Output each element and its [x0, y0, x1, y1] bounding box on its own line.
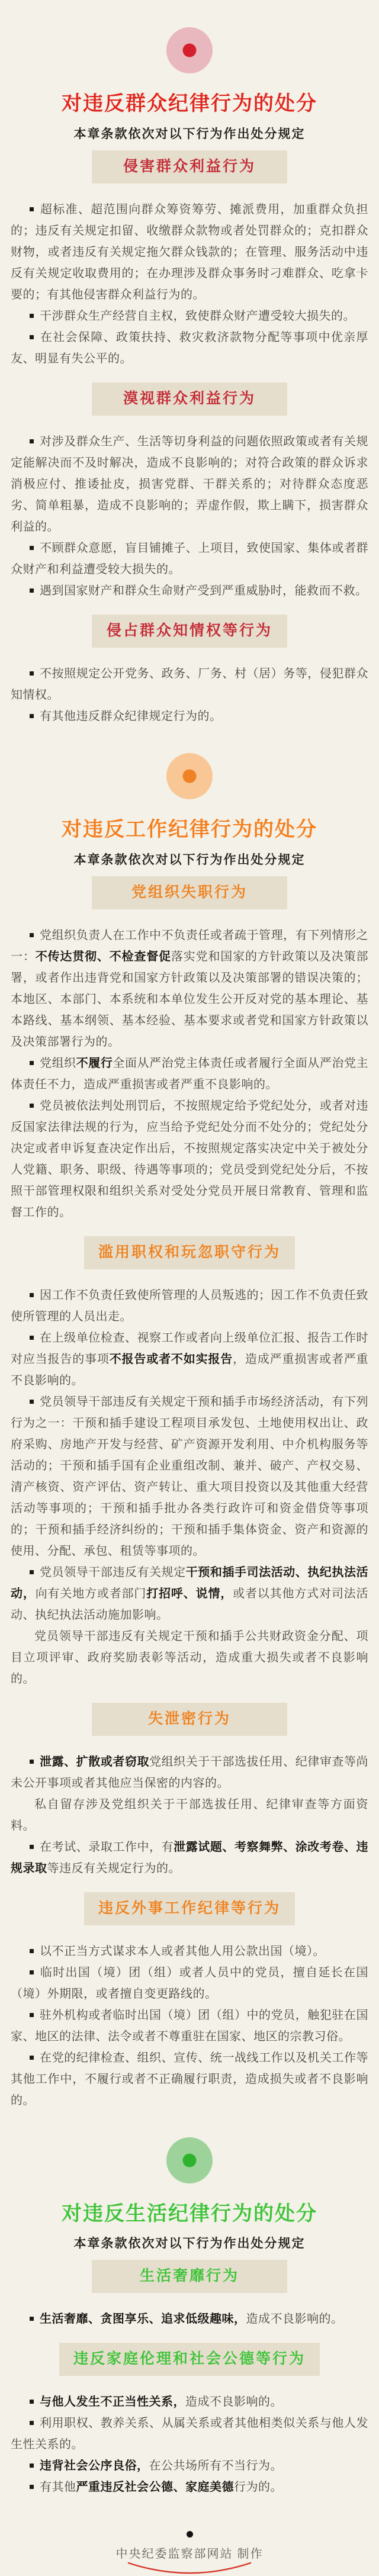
bullet-square-icon [30, 1570, 34, 1574]
infographic: 对违反群众纪律行为的处分本章条款依次对以下行为作出处分规定侵害群众利益行为超标准… [0, 0, 379, 2516]
behavior-item: 在社会保障、政策扶持、救灾救济款物分配等事项中优亲厚友、明显有失公平的。 [11, 327, 368, 369]
behavior-item: 私自留存涉及党组织关于干部选拔任用、纪律审查等方面资料。 [11, 1794, 368, 1837]
item-text-emphasis: 严重违反社会公德、家庭美德 [76, 2481, 235, 2494]
behavior-item: 有其他违反群众纪律规定行为的。 [11, 706, 368, 727]
item-text: 利用职权、教养关系、从属关系或者其他相类似关系与他人发生性关系的。 [11, 2417, 368, 2451]
item-text: 干涉群众生产经营自主权，致使群众财产遭受较大损失的。 [40, 310, 355, 323]
behavior-item: 党员领导干部违反有关规定干预和插手司法活动、执纪执法活动，向有关地方或者部门打招… [11, 1562, 368, 1626]
item-text: 私自留存涉及党组织关于干部选拔任用、纪律审查等方面资料。 [11, 1798, 368, 1832]
bullet-square-icon [30, 207, 34, 211]
item-text: 超标准、超范围向群众筹资筹劳、摊派费用，加重群众负担的；违反有关规定扣留、收缴群… [11, 203, 368, 301]
behavior-item: 对涉及群众生产、生活等切身利益的问题依照政策或者有关规定能解决而不及时解决，造成… [11, 431, 368, 538]
item-text: 不按照规定公开党务、政务、厂务、村（居）务等，侵犯群众知情权。 [11, 667, 368, 702]
behavior-item: 有其他严重违反社会公德、家庭美德行为的。 [11, 2477, 368, 2498]
behavior-item: 不顾群众意愿，盲目铺摊子、上项目，致使国家、集体或者群众财产和利益遭受较大损失的… [11, 538, 368, 580]
group-heading-wrap: 侵害群众利益行为 [11, 143, 368, 184]
item-text: 对涉及群众生产、生活等切身利益的问题依照政策或者有关规定能解决而不及时解决，造成… [11, 435, 368, 533]
item-text: 在公共场所有不当行为。 [149, 2459, 283, 2472]
group-heading-wrap: 生活奢靡行为 [11, 2252, 368, 2293]
group-body: 生活奢靡、贪图享乐、追求低级趣味，造成不良影响的。 [11, 2308, 368, 2330]
group-heading-wrap: 党组织失职行为 [11, 869, 368, 909]
chapter-qunzhong: 对违反群众纪律行为的处分本章条款依次对以下行为作出处分规定侵害群众利益行为超标准… [11, 0, 368, 727]
group-heading-wrap: 违反外事工作纪律等行为 [11, 1879, 368, 1925]
chapter-bullseye-icon [166, 2137, 213, 2183]
bullet-square-icon [30, 2485, 34, 2489]
bullet-square-icon [30, 1845, 34, 1849]
item-text: 有其他 [40, 2481, 76, 2494]
chapter-head-shenghuo: 对违反生活纪律行为的处分本章条款依次对以下行为作出处分规定生活奢靡行为 [11, 2137, 368, 2294]
item-text: 党组织 [40, 1057, 76, 1070]
item-text: 在考试、录取工作中，有 [40, 1841, 174, 1854]
bullet-square-icon [30, 2013, 34, 2017]
item-text-emphasis: 不报告或者不如实报告 [110, 1353, 233, 1366]
group-body: 对涉及群众生产、生活等切身利益的问题依照政策或者有关规定能解决而不及时解决，造成… [11, 431, 368, 602]
group-body: 以不正当方式谋求本人或者其他人用公款出国（境）。临时出国（境）团（组）或者人员中… [11, 1941, 368, 2111]
chapter-bullseye-dot-icon [183, 769, 197, 783]
bullet-square-icon [30, 1336, 34, 1340]
item-text: 向有关地方或者部门 [36, 1587, 147, 1600]
bullet-square-icon [30, 2056, 34, 2060]
footer: 中央纪委监察部网站 制作 [0, 2531, 379, 2576]
chapter-head-gongzuo: 对违反工作纪律行为的处分本章条款依次对以下行为作出处分规定党组织失职行为 [11, 753, 368, 909]
behavior-item: 党组织不履行全面从严治党主体责任或者履行全面从严治党主体责任不力，造成严重损害或… [11, 1053, 368, 1095]
behavior-item: 在考试、录取工作中，有泄露试题、考察舞弊、涂改考卷、违规录取等违反有关规定行为的… [11, 1837, 368, 1879]
chapter-head-qunzhong: 对违反群众纪律行为的处分本章条款依次对以下行为作出处分规定侵害群众利益行为 [11, 27, 368, 184]
behavior-item: 临时出国（境）团（组）或者人员中的党员，擅自延长在国（境）外期限，或者擅自变更路… [11, 1962, 368, 2005]
bullet-square-icon [30, 1760, 34, 1764]
item-text: 行为的。 [234, 2481, 282, 2494]
bullet-square-icon [30, 2317, 34, 2321]
chapter-title: 对违反生活纪律行为的处分 [11, 2202, 368, 2227]
bullet-square-icon [30, 2464, 34, 2468]
behavior-item: 与他人发生不正当性关系，造成不良影响的。 [11, 2391, 368, 2413]
bullet-square-icon [30, 1949, 34, 1953]
bullet-square-icon [30, 546, 34, 550]
behavior-item: 驻外机构或者临时出国（境）团（组）中的党员，触犯驻在国家、地区的法律、法令或者不… [11, 2005, 368, 2047]
bullet-square-icon [30, 588, 34, 593]
chapter-bullseye-dot-icon [183, 44, 197, 57]
item-text: 不顾群众意愿，盲目铺摊子、上项目，致使国家、集体或者群众财产和利益遭受较大损失的… [11, 542, 368, 576]
group-body: 党组织负责人在工作中不负责任或者疏于管理，有下列情形之一：不传达贯彻、不检查督促… [11, 925, 368, 1223]
item-text-emphasis: 违背社会公序良俗， [40, 2459, 149, 2472]
behavior-item: 违背社会公序良俗，在公共场所有不当行为。 [11, 2455, 368, 2477]
group-heading-wrap: 失泄密行为 [11, 1690, 368, 1736]
bullet-square-icon [30, 2400, 34, 2404]
item-text: 造成不良影响的。 [185, 2395, 282, 2408]
behavior-item: 以不正当方式谋求本人或者其他人用公款出国（境）。 [11, 1941, 368, 1962]
group-heading-wrap: 滥用职权和玩忽职守行为 [11, 1223, 368, 1269]
behavior-item: 利用职权、教养关系、从属关系或者其他相类似关系与他人发生性关系的。 [11, 2413, 368, 2455]
item-text: 党员领导干部违反有关规定 [40, 1566, 186, 1579]
chapter-subtitle: 本章条款依次对以下行为作出处分规定 [11, 125, 368, 143]
behavior-item: 因工作不负责任致使所管理的人员叛逃的；因工作不负责任致使所管理的人员出走。 [11, 1285, 368, 1327]
bullet-square-icon [30, 439, 34, 443]
chapter-subtitle: 本章条款依次对以下行为作出处分规定 [11, 2234, 368, 2252]
item-text: 落实党和国家的方针政策以及决策部署，或者作出违背党和国家方针政策以及决策部署的错… [11, 950, 368, 1049]
item-text: 有其他违反群众纪律规定行为的。 [40, 710, 222, 723]
item-text: 党员被依法判处刑罚后，不按照规定给予党纪处分，或者对违反国家法律法规的行为，应当… [11, 1099, 368, 1219]
group-body: 与他人发生不正当性关系，造成不良影响的。利用职权、教养关系、从属关系或者其他相类… [11, 2391, 368, 2498]
behavior-item: 干涉群众生产经营自主权，致使群众财产遭受较大损失的。 [11, 305, 368, 327]
credit-underline-arc-icon [126, 2561, 253, 2576]
item-text-emphasis: 不传达贯彻、不检查督促 [36, 950, 171, 963]
behavior-item: 党员领导干部违反有关规定干预和插手公共财政资金分配、项目立项评审、政府奖励表彰等… [11, 1626, 368, 1690]
bullet-square-icon [30, 671, 34, 676]
group-body: 因工作不负责任致使所管理的人员叛逃的；因工作不负责任致使所管理的人员出走。在上级… [11, 1285, 368, 1690]
bullet-square-icon [30, 714, 34, 718]
bullet-square-icon [30, 1104, 34, 1108]
item-text: 造成不良影响的。 [246, 2313, 343, 2326]
item-text: 在党的纪律检查、组织、宣传、统一战线工作以及机关工作等其他工作中，不履行或者不正… [11, 2051, 368, 2107]
behavior-item: 在上级单位检查、视察工作或者向上级单位汇报、报告工作时对应当报告的事项不报告或者… [11, 1327, 368, 1391]
item-text: 以不正当方式谋求本人或者其他人用公款出国（境）。 [40, 1945, 325, 1958]
group-body: 不按照规定公开党务、政务、厂务、村（居）务等，侵犯群众知情权。有其他违反群众纪律… [11, 663, 368, 727]
chapter-bullseye-dot-icon [183, 2153, 197, 2167]
bullet-square-icon [30, 1293, 34, 1297]
bullet-square-icon [30, 2421, 34, 2425]
bullet-square-icon [30, 1061, 34, 1065]
behavior-item: 党组织负责人在工作中不负责任或者疏于管理，有下列情形之一：不传达贯彻、不检查督促… [11, 925, 368, 1053]
chapter-shenghuo: 对违反生活纪律行为的处分本章条款依次对以下行为作出处分规定生活奢靡行为生活奢靡、… [11, 2137, 368, 2498]
group-heading-wrap: 漠视群众利益行为 [11, 369, 368, 416]
item-text: 在社会保障、政策扶持、救灾救济款物分配等事项中优亲厚友、明显有失公平的。 [11, 331, 368, 365]
behavior-item: 遇到国家财产和群众生命财产受到严重威胁时，能救而不救。 [11, 580, 368, 602]
group-heading: 违反家庭伦理和社会公德等行为 [59, 2343, 320, 2376]
item-text: 因工作不负责任致使所管理的人员叛逃的；因工作不负责任致使所管理的人员出走。 [11, 1289, 368, 1323]
behavior-item: 超标准、超范围向群众筹资筹劳、摊派费用，加重群众负担的；违反有关规定扣留、收缴群… [11, 199, 368, 305]
item-text-emphasis: 与他人发生不正当性关系， [40, 2395, 185, 2408]
chapter-title: 对违反群众纪律行为的处分 [11, 92, 368, 117]
group-heading: 侵占群众知情权等行为 [92, 615, 287, 648]
behavior-item: 生活奢靡、贪图享乐、追求低级趣味，造成不良影响的。 [11, 2308, 368, 2330]
group-heading: 滥用职权和玩忽职守行为 [84, 1236, 295, 1269]
behavior-item: 党员领导干部违反有关规定干预和插手市场经济活动，有下列行为之一：干预和插手建设工… [11, 1391, 368, 1562]
behavior-item: 党员被依法判处刑罚后，不按照规定给予党纪处分，或者对违反国家法律法规的行为，应当… [11, 1095, 368, 1223]
chapter-gongzuo: 对违反工作纪律行为的处分本章条款依次对以下行为作出处分规定党组织失职行为党组织负… [11, 753, 368, 2111]
bullet-square-icon [30, 1970, 34, 1974]
behavior-item: 不按照规定公开党务、政务、厂务、村（居）务等，侵犯群众知情权。 [11, 663, 368, 706]
credit-text: 中央纪委监察部网站 制作 [0, 2545, 379, 2563]
item-text-emphasis: 泄露、扩散或者窃取 [40, 1755, 149, 1768]
item-text-emphasis: 打招呼、说情， [146, 1587, 233, 1600]
bullet-square-icon [30, 335, 34, 339]
group-heading: 党组织失职行为 [92, 876, 287, 909]
group-heading: 违反外事工作纪律等行为 [84, 1892, 295, 1925]
item-text: 等违反有关规定行为的。 [47, 1862, 181, 1875]
chapter-title: 对违反工作纪律行为的处分 [11, 818, 368, 842]
group-heading-wrap: 侵占群众知情权等行为 [11, 602, 368, 648]
item-text: 驻外机构或者临时出国（境）团（组）中的党员，触犯驻在国家、地区的法律、法令或者不… [11, 2009, 368, 2043]
chapter-subtitle: 本章条款依次对以下行为作出处分规定 [11, 851, 368, 869]
group-heading: 侵害群众利益行为 [92, 150, 287, 184]
group-body: 泄露、扩散或者窃取党组织关于干部选拔任用、纪律审查等尚未公开事项或者其他应当保密… [11, 1751, 368, 1879]
group-heading: 失泄密行为 [92, 1703, 287, 1736]
behavior-item: 泄露、扩散或者窃取党组织关于干部选拔任用、纪律审查等尚未公开事项或者其他应当保密… [11, 1751, 368, 1794]
behavior-item: 在党的纪律检查、组织、宣传、统一战线工作以及机关工作等其他工作中，不履行或者不正… [11, 2047, 368, 2111]
item-text: 遇到国家财产和群众生命财产受到严重威胁时，能救而不救。 [40, 584, 368, 597]
item-text: 党员领导干部违反有关规定干预和插手公共财政资金分配、项目立项评审、政府奖励表彰等… [11, 1630, 368, 1686]
item-text: 临时出国（境）团（组）或者人员中的党员，擅自延长在国（境）外期限，或者擅自变更路… [11, 1966, 368, 2001]
bullet-square-icon [30, 314, 34, 318]
item-text-emphasis: 不履行 [76, 1057, 113, 1070]
chapter-bullseye-icon [166, 27, 213, 73]
footer-dot-icon [187, 2531, 193, 2538]
group-heading: 漠视群众利益行为 [92, 382, 287, 416]
group-heading-wrap: 违反家庭伦理和社会公德等行为 [11, 2330, 368, 2376]
group-body: 超标准、超范围向群众筹资筹劳、摊派费用，加重群众负担的；违反有关规定扣留、收缴群… [11, 199, 368, 369]
chapter-bullseye-icon [166, 753, 213, 799]
bullet-square-icon [30, 1400, 34, 1404]
item-text: 党员领导干部违反有关规定干预和插手市场经济活动，有下列行为之一：干预和插手建设工… [11, 1395, 368, 1558]
bullet-square-icon [30, 933, 34, 937]
item-text-emphasis: 生活奢靡、贪图享乐、追求低级趣味， [40, 2313, 246, 2326]
group-heading: 生活奢靡行为 [92, 2260, 287, 2293]
